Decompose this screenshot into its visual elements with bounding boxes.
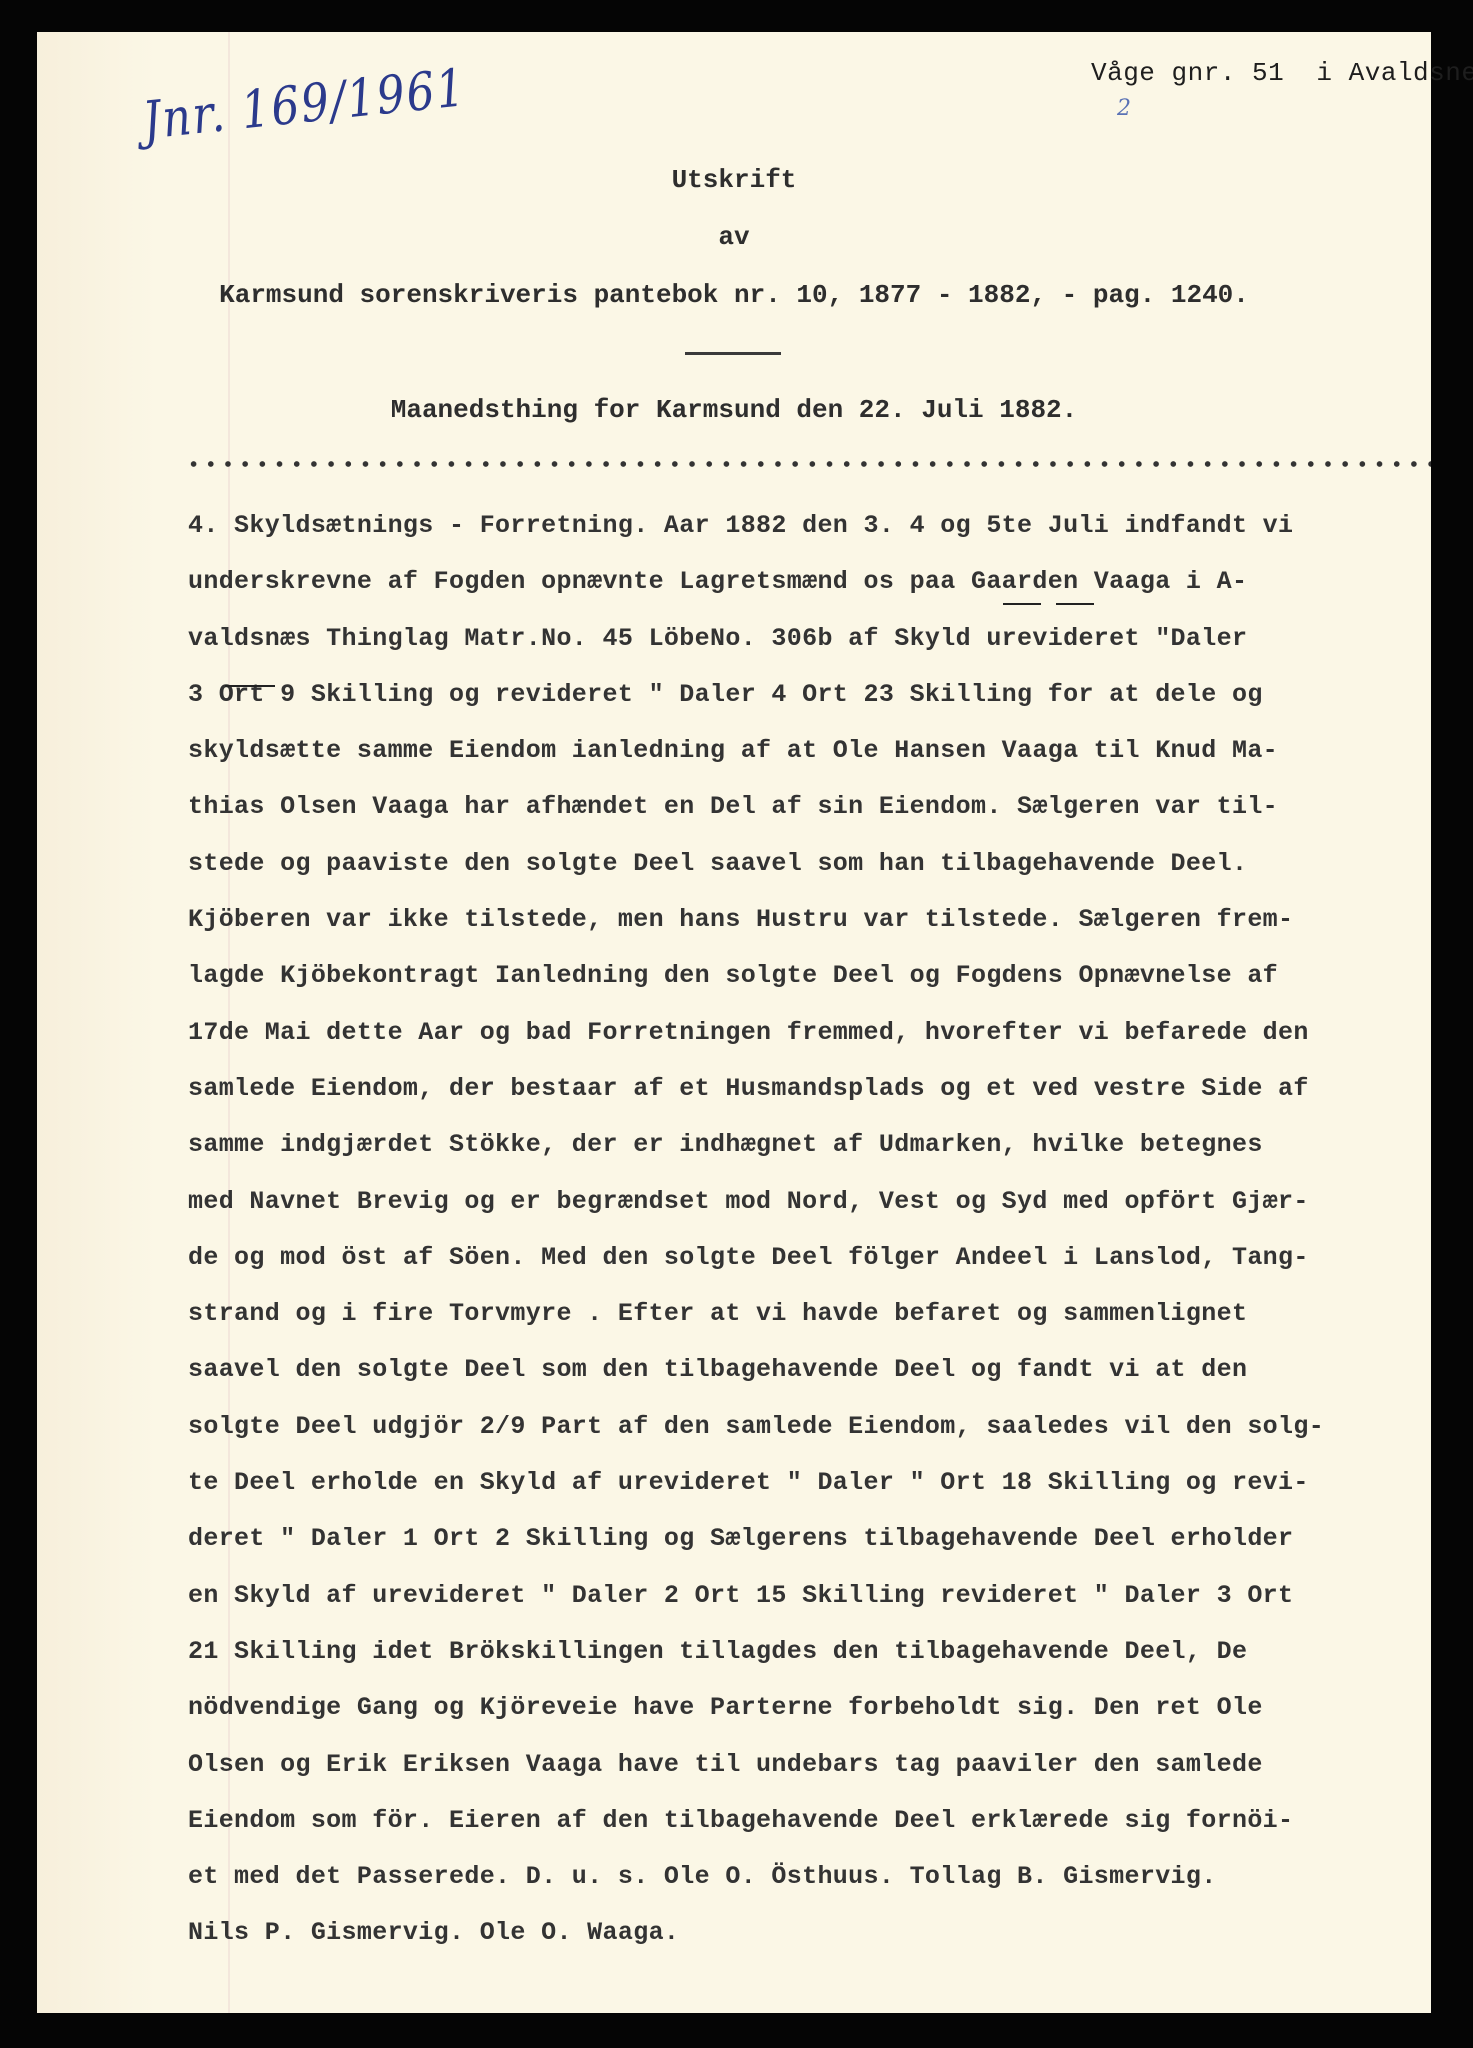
- body-line: lagde Kjöbekontragt Ianledning den solgt…: [188, 948, 1324, 1004]
- body-line: en Skyld af urevideret " Daler 2 Ort 15 …: [188, 1568, 1324, 1624]
- body-line: deret " Daler 1 Ort 2 Skilling og Sælger…: [188, 1511, 1324, 1567]
- dotted-divider: [185, 460, 1431, 468]
- body-line: strand og i fire Torvmyre . Efter at vi …: [188, 1286, 1324, 1342]
- handwritten-overline: [225, 685, 275, 687]
- handwritten-overline: [1056, 603, 1094, 605]
- body-line: saavel den solgte Deel som den tilbageha…: [188, 1342, 1324, 1398]
- body-line: solgte Deel udgjör 2/9 Part af den samle…: [188, 1399, 1324, 1455]
- body-line: nödvendige Gang og Kjöreveie have Parter…: [188, 1680, 1324, 1736]
- body-line: med Navnet Brevig og er begrændset mod N…: [188, 1174, 1324, 1230]
- body-line: 3 Ort 9 Skilling og revideret " Daler 4 …: [188, 667, 1324, 723]
- body-line: skyldsætte samme Eiendom ianledning af a…: [188, 723, 1324, 779]
- body-line: underskrevne af Fogden opnævnte Lagretsm…: [188, 554, 1324, 610]
- property-reference: Våge gnr. 51 i Avaldsnes: [1091, 58, 1473, 88]
- body-text: 4. Skyldsætnings - Forretning. Aar 1882 …: [188, 498, 1324, 1962]
- body-line: stede og paaviste den solgte Deel saavel…: [188, 836, 1324, 892]
- body-line: Kjöberen var ikke tilstede, men hans Hus…: [188, 892, 1324, 948]
- handwritten-mark: 2: [1117, 96, 1131, 121]
- body-line: Nils P. Gismervig. Ole O. Waaga.: [188, 1905, 1324, 1961]
- body-line: valdsnæs Thinglag Matr.No. 45 LöbeNo. 30…: [188, 611, 1324, 667]
- body-line: 17de Mai dette Aar og bad Forretningen f…: [188, 1005, 1324, 1061]
- body-line: de og mod öst af Söen. Med den solgte De…: [188, 1230, 1324, 1286]
- body-line: thias Olsen Vaaga har afhændet en Del af…: [188, 779, 1324, 835]
- session-heading: Maanedsthing for Karmsund den 22. Juli 1…: [37, 395, 1431, 425]
- document-subtitle: av: [37, 222, 1431, 252]
- document-page: Våge gnr. 51 i Avaldsnes 2 Jnr. 169/1961…: [37, 32, 1431, 2013]
- body-line: et med det Passerede. D. u. s. Ole O. Ös…: [188, 1849, 1324, 1905]
- body-line: Eiendom som för. Eieren af den tilbageha…: [188, 1793, 1324, 1849]
- body-line: samme indgjærdet Stökke, der er indhægne…: [188, 1117, 1324, 1173]
- body-line: te Deel erholde en Skyld af urevideret "…: [188, 1455, 1324, 1511]
- source-reference: Karmsund sorenskriveris pantebok nr. 10,…: [37, 280, 1431, 310]
- handwritten-overline: [1003, 603, 1041, 605]
- body-line: 4. Skyldsætnings - Forretning. Aar 1882 …: [188, 498, 1324, 554]
- separator-line: [685, 352, 781, 355]
- handwritten-journal-number: Jnr. 169/1961: [140, 58, 469, 152]
- body-line: Olsen og Erik Eriksen Vaaga have til und…: [188, 1737, 1324, 1793]
- body-line: 21 Skilling idet Brökskillingen tillagde…: [188, 1624, 1324, 1680]
- document-title: Utskrift: [37, 165, 1431, 195]
- body-line: samlede Eiendom, der bestaar af et Husma…: [188, 1061, 1324, 1117]
